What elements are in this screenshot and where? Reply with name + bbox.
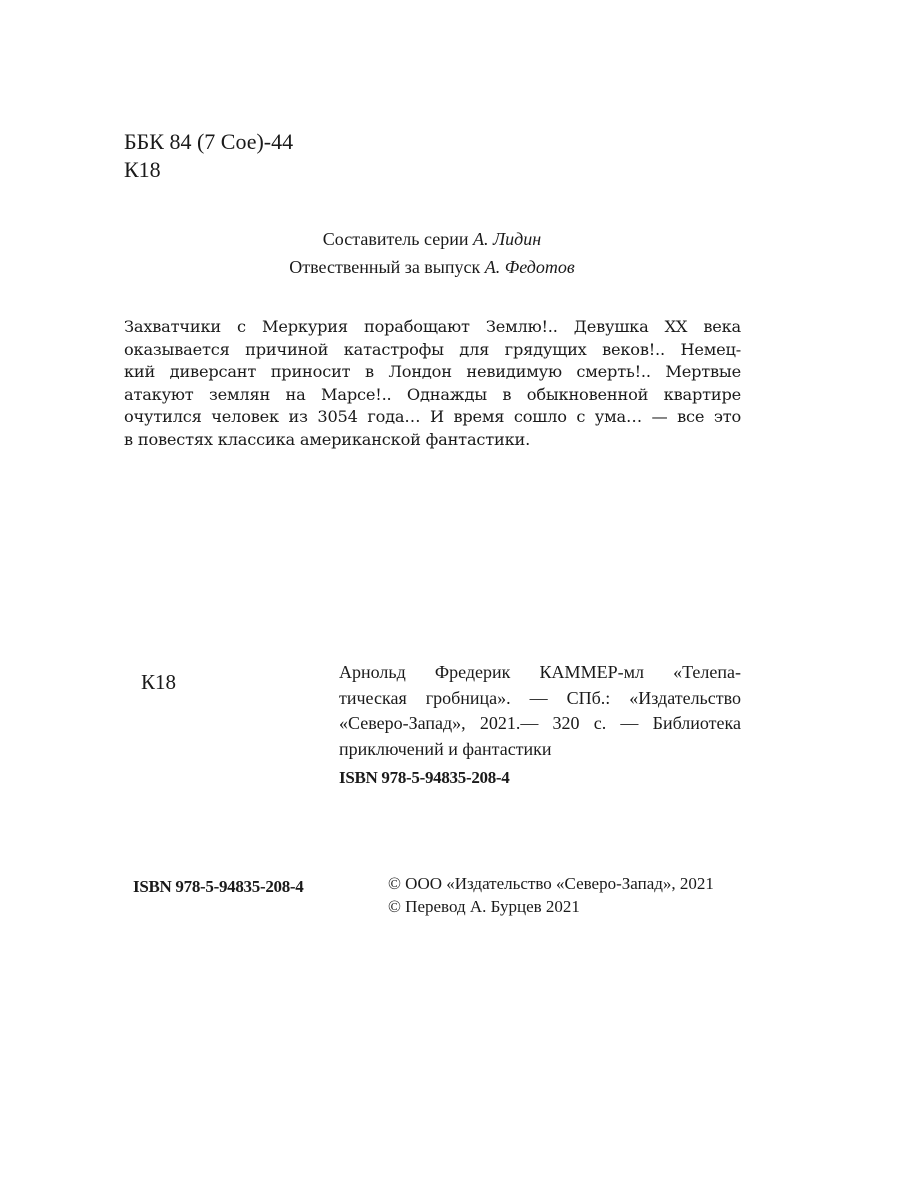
annotation-line: кий диверсант приносит в Лондон невидиму… bbox=[124, 361, 741, 384]
author-mark: К18 bbox=[124, 156, 293, 184]
bib-line: приключений и фантастики bbox=[339, 737, 741, 763]
annotation-line: Захватчики с Меркурия порабощают Землю!.… bbox=[124, 316, 741, 339]
bib-line: Арнольд Фредерик КАММЕР-мл «Телепа- bbox=[339, 660, 741, 686]
annotation-line: оказывается причиной катастрофы для гряд… bbox=[124, 339, 741, 362]
annotation-line: в повестях классика американской фантаст… bbox=[124, 429, 741, 452]
copyright-translation: © Перевод А. Бурцев 2021 bbox=[388, 895, 714, 918]
series-compiler-label: Составитель серии bbox=[323, 229, 469, 249]
credits-block: Составитель серии А. Лидин Отвественный … bbox=[124, 225, 740, 281]
catalog-isbn: ISBN 978-5-94835-208-4 bbox=[339, 768, 509, 788]
series-compiler-line: Составитель серии А. Лидин bbox=[124, 225, 740, 253]
annotation-paragraph: Захватчики с Меркурия порабощают Землю!.… bbox=[124, 316, 741, 451]
responsible-label: Отвественный за выпуск bbox=[289, 257, 480, 277]
bibliographic-description: Арнольд Фредерик КАММЕР-мл «Телепа- тиче… bbox=[339, 660, 741, 762]
bib-line: «Северо-Запад», 2021.— 320 с. — Библиоте… bbox=[339, 711, 741, 737]
bbk-code: ББК 84 (7 Сое)-44 bbox=[124, 128, 293, 156]
annotation-line: атакуют землян на Марсе!.. Однажды в обы… bbox=[124, 384, 741, 407]
bib-line: тическая гробница». — СПб.: «Издательств… bbox=[339, 686, 741, 712]
responsible-name: А. Федотов bbox=[485, 257, 575, 277]
annotation-line: очутился человек из 3054 года… И время с… bbox=[124, 406, 741, 429]
catalog-author-mark: К18 bbox=[141, 670, 176, 695]
responsible-line: Отвественный за выпуск А. Федотов bbox=[124, 253, 740, 281]
classification-block: ББК 84 (7 Сое)-44 К18 bbox=[124, 128, 293, 184]
footer-isbn: ISBN 978-5-94835-208-4 bbox=[133, 877, 303, 897]
copyright-publisher: © ООО «Издательство «Северо-Запад», 2021 bbox=[388, 872, 714, 895]
copyright-block: © ООО «Издательство «Северо-Запад», 2021… bbox=[388, 872, 714, 918]
series-compiler-name: А. Лидин bbox=[473, 229, 541, 249]
